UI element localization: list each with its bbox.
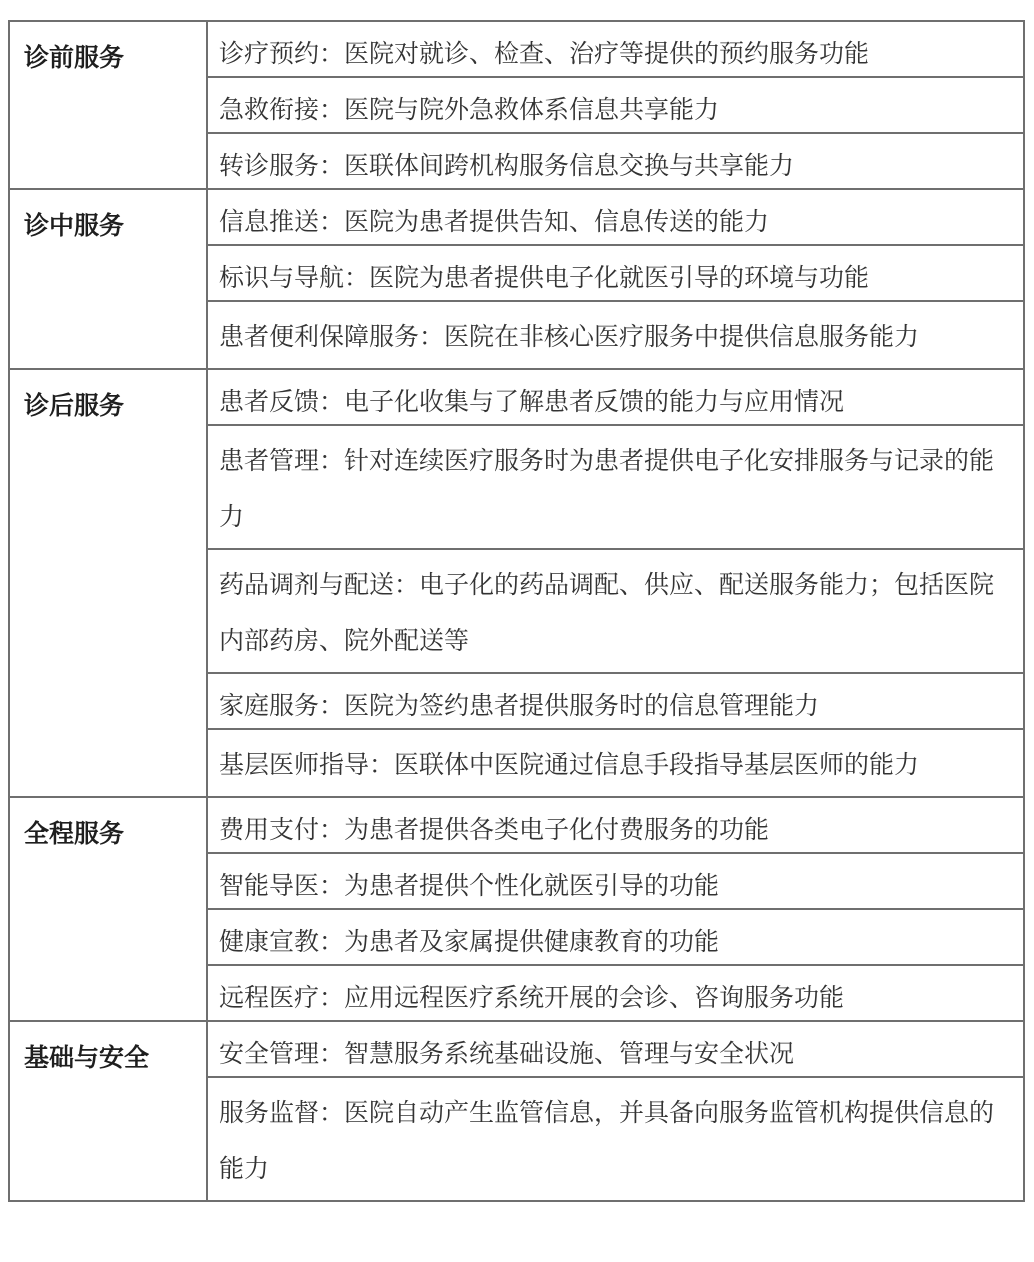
item-text: 患者便利保障服务：医院在非核心医疗服务中提供信息服务能力 (208, 302, 1023, 368)
item-cell: 安全管理：智慧服务系统基础设施、管理与安全状况 (207, 1021, 1024, 1077)
category-label: 诊中服务 (10, 190, 206, 245)
item-cell: 诊疗预约：医院对就诊、检查、治疗等提供的预约服务功能 (207, 21, 1024, 77)
item-text: 信息推送：医院为患者提供告知、信息传送的能力 (208, 190, 1023, 244)
item-cell: 远程医疗：应用远程医疗系统开展的会诊、咨询服务功能 (207, 965, 1024, 1021)
category-cell: 诊中服务 (9, 189, 207, 369)
item-cell: 费用支付：为患者提供各类电子化付费服务的功能 (207, 797, 1024, 853)
item-text: 服务监督：医院自动产生监管信息，并具备向服务监管机构提供信息的能力 (208, 1078, 1023, 1200)
item-text: 急救衔接：医院与院外急救体系信息共享能力 (208, 78, 1023, 132)
item-text: 安全管理：智慧服务系统基础设施、管理与安全状况 (208, 1022, 1023, 1076)
item-cell: 患者反馈：电子化收集与了解患者反馈的能力与应用情况 (207, 369, 1024, 425)
table-row: 诊后服务 患者反馈：电子化收集与了解患者反馈的能力与应用情况 (9, 369, 1024, 425)
category-label: 诊后服务 (10, 370, 206, 425)
item-text: 诊疗预约：医院对就诊、检查、治疗等提供的预约服务功能 (208, 22, 1023, 76)
item-cell: 患者管理：针对连续医疗服务时为患者提供电子化安排服务与记录的能力 (207, 425, 1024, 549)
item-text: 标识与导航：医院为患者提供电子化就医引导的环境与功能 (208, 246, 1023, 300)
item-cell: 急救衔接：医院与院外急救体系信息共享能力 (207, 77, 1024, 133)
item-cell: 健康宣教：为患者及家属提供健康教育的功能 (207, 909, 1024, 965)
table-row: 全程服务 费用支付：为患者提供各类电子化付费服务的功能 (9, 797, 1024, 853)
item-text: 智能导医：为患者提供个性化就医引导的功能 (208, 854, 1023, 908)
category-label: 全程服务 (10, 798, 206, 853)
category-label: 基础与安全 (10, 1022, 206, 1077)
item-cell: 服务监督：医院自动产生监管信息，并具备向服务监管机构提供信息的能力 (207, 1077, 1024, 1201)
item-text: 远程医疗：应用远程医疗系统开展的会诊、咨询服务功能 (208, 966, 1023, 1020)
category-cell: 全程服务 (9, 797, 207, 1021)
item-text: 费用支付：为患者提供各类电子化付费服务的功能 (208, 798, 1023, 852)
category-cell: 基础与安全 (9, 1021, 207, 1201)
table-row: 基础与安全 安全管理：智慧服务系统基础设施、管理与安全状况 (9, 1021, 1024, 1077)
category-label: 诊前服务 (10, 22, 206, 77)
item-cell: 药品调剂与配送：电子化的药品调配、供应、配送服务能力；包括医院内部药房、院外配送… (207, 549, 1024, 673)
item-cell: 家庭服务：医院为签约患者提供服务时的信息管理能力 (207, 673, 1024, 729)
item-text: 药品调剂与配送：电子化的药品调配、供应、配送服务能力；包括医院内部药房、院外配送… (208, 550, 1023, 672)
item-text: 家庭服务：医院为签约患者提供服务时的信息管理能力 (208, 674, 1023, 728)
item-text: 基层医师指导：医联体中医院通过信息手段指导基层医师的能力 (208, 730, 1023, 796)
category-cell: 诊前服务 (9, 21, 207, 189)
item-text: 转诊服务：医联体间跨机构服务信息交换与共享能力 (208, 134, 1023, 188)
item-text: 患者管理：针对连续医疗服务时为患者提供电子化安排服务与记录的能力 (208, 426, 1023, 548)
item-cell: 转诊服务：医联体间跨机构服务信息交换与共享能力 (207, 133, 1024, 189)
item-cell: 患者便利保障服务：医院在非核心医疗服务中提供信息服务能力 (207, 301, 1024, 369)
item-cell: 信息推送：医院为患者提供告知、信息传送的能力 (207, 189, 1024, 245)
category-cell: 诊后服务 (9, 369, 207, 797)
smart-service-table: 诊前服务 诊疗预约：医院对就诊、检查、治疗等提供的预约服务功能 急救衔接：医院与… (8, 20, 1025, 1202)
item-text: 健康宣教：为患者及家属提供健康教育的功能 (208, 910, 1023, 964)
item-cell: 智能导医：为患者提供个性化就医引导的功能 (207, 853, 1024, 909)
item-text: 患者反馈：电子化收集与了解患者反馈的能力与应用情况 (208, 370, 1023, 424)
table-row: 诊前服务 诊疗预约：医院对就诊、检查、治疗等提供的预约服务功能 (9, 21, 1024, 77)
item-cell: 标识与导航：医院为患者提供电子化就医引导的环境与功能 (207, 245, 1024, 301)
item-cell: 基层医师指导：医联体中医院通过信息手段指导基层医师的能力 (207, 729, 1024, 797)
table-row: 诊中服务 信息推送：医院为患者提供告知、信息传送的能力 (9, 189, 1024, 245)
